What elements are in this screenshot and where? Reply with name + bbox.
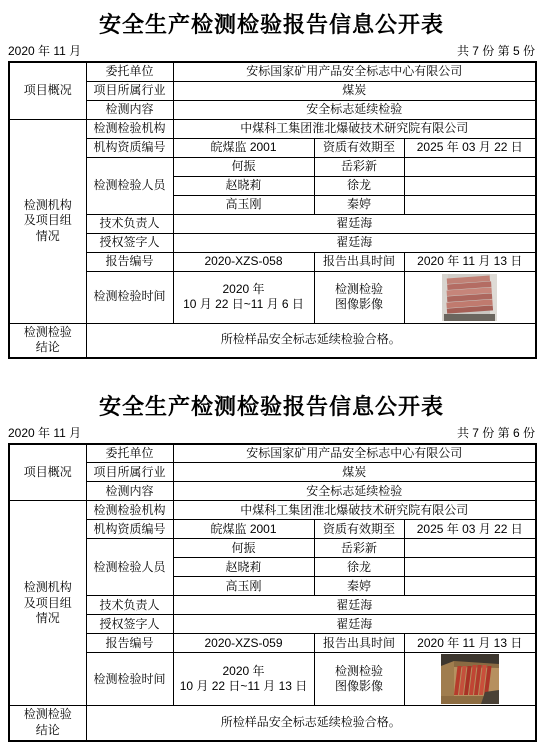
field-value-report-no: 2020-XZS-058 [173,252,314,271]
field-label-personnel: 检测检验人员 [86,539,173,596]
personnel-name: 秦婷 [314,577,404,596]
personnel-name: 高玉刚 [173,195,314,214]
report-month: 2020 年 11 月 [8,42,81,59]
section-label-conclusion: 检测检验 结论 [9,323,86,358]
field-label-industry: 项目所属行业 [86,81,173,100]
field-value-qual-no: 皖煤监 2001 [173,520,314,539]
field-value-content: 安全标志延续检验 [173,482,536,501]
field-label-report-issued: 报告出具时间 [314,634,404,653]
field-value-client: 安标国家矿用产品安全标志中心有限公司 [173,62,536,81]
field-label-signer: 授权签字人 [86,615,173,634]
personnel-name: 何振 [173,539,314,558]
field-label-industry: 项目所属行业 [86,463,173,482]
field-label-client: 委托单位 [86,444,173,463]
field-label-image: 检测检验 图像影像 [314,271,404,323]
field-label-image: 检测检验 图像影像 [314,653,404,706]
report-table-2: 项目概况 委托单位 安标国家矿用产品安全标志中心有限公司 项目所属行业 煤炭 检… [8,443,537,742]
report-table-1: 项目概况 委托单位 安标国家矿用产品安全标志中心有限公司 项目所属行业 煤炭 检… [8,61,537,359]
page-title: 安全生产检测检验报告信息公开表 [8,390,535,421]
field-value-agency: 中煤科工集团淮北爆破技术研究院有限公司 [173,501,536,520]
field-value-agency: 中煤科工集团淮北爆破技术研究院有限公司 [173,119,536,138]
meta-line: 2020 年 11 月 共 7 份 第 5 份 [8,42,535,59]
section-label-agency: 检测机构 及项目组 情况 [9,501,86,706]
sample-photo-cartridges-box [441,654,499,704]
field-label-signer: 授权签字人 [86,233,173,252]
personnel-name: 徐龙 [314,558,404,577]
field-label-qual-valid: 资质有效期至 [314,520,404,539]
field-value-report-no: 2020-XZS-059 [173,634,314,653]
personnel-name: 秦婷 [314,195,404,214]
field-label-content: 检测内容 [86,482,173,501]
copies-info: 共 7 份 第 6 份 [457,424,535,441]
section-label-agency: 检测机构 及项目组 情况 [9,119,86,323]
section-label-project: 项目概况 [9,444,86,501]
field-value-conclusion: 所检样品安全标志延续检验合格。 [86,706,536,741]
report-month: 2020 年 11 月 [8,424,81,441]
copies-info: 共 7 份 第 5 份 [457,42,535,59]
field-label-qual-no: 机构资质编号 [86,520,173,539]
personnel-name: 岳彩新 [314,157,404,176]
personnel-name: 赵晓莉 [173,558,314,577]
sample-photo-cell [404,653,536,706]
field-value-signer: 翟廷海 [173,615,536,634]
field-value-industry: 煤炭 [173,81,536,100]
personnel-name: 岳彩新 [314,539,404,558]
sample-photo-cartridges-stacked [442,274,497,321]
meta-line: 2020 年 11 月 共 7 份 第 6 份 [8,424,535,441]
field-value-qual-valid: 2025 年 03 月 22 日 [404,520,536,539]
field-label-client: 委托单位 [86,62,173,81]
field-label-content: 检测内容 [86,100,173,119]
field-label-agency: 检测检验机构 [86,119,173,138]
field-value-content: 安全标志延续检验 [173,100,536,119]
empty-cell [404,176,536,195]
empty-cell [404,195,536,214]
field-label-test-time: 检测检验时间 [86,271,173,323]
page-title: 安全生产检测检验报告信息公开表 [8,8,535,39]
sample-photo-cell [404,271,536,323]
field-value-report-issued: 2020 年 11 月 13 日 [404,252,536,271]
field-label-qual-no: 机构资质编号 [86,138,173,157]
field-value-report-issued: 2020 年 11 月 13 日 [404,634,536,653]
field-label-personnel: 检测检验人员 [86,157,173,214]
field-value-industry: 煤炭 [173,463,536,482]
personnel-name: 高玉刚 [173,577,314,596]
field-label-tech-lead: 技术负责人 [86,596,173,615]
field-value-client: 安标国家矿用产品安全标志中心有限公司 [173,444,536,463]
empty-cell [404,539,536,558]
field-label-agency: 检测检验机构 [86,501,173,520]
field-value-qual-valid: 2025 年 03 月 22 日 [404,138,536,157]
personnel-name: 何振 [173,157,314,176]
field-value-test-time: 2020 年 10 月 22 日~11 月 13 日 [173,653,314,706]
personnel-name: 赵晓莉 [173,176,314,195]
section-label-project: 项目概况 [9,62,86,119]
field-value-tech-lead: 翟廷海 [173,214,536,233]
field-value-tech-lead: 翟廷海 [173,596,536,615]
field-label-report-no: 报告编号 [86,634,173,653]
section-label-conclusion: 检测检验 结论 [9,706,86,741]
empty-cell [404,157,536,176]
field-label-report-no: 报告编号 [86,252,173,271]
field-label-tech-lead: 技术负责人 [86,214,173,233]
field-label-report-issued: 报告出具时间 [314,252,404,271]
field-label-qual-valid: 资质有效期至 [314,138,404,157]
personnel-name: 徐龙 [314,176,404,195]
field-label-test-time: 检测检验时间 [86,653,173,706]
document-page: 安全生产检测检验报告信息公开表 2020 年 11 月 共 7 份 第 5 份 … [0,8,545,742]
field-value-conclusion: 所检样品安全标志延续检验合格。 [86,323,536,358]
field-value-qual-no: 皖煤监 2001 [173,138,314,157]
empty-cell [404,558,536,577]
field-value-signer: 翟廷海 [173,233,536,252]
empty-cell [404,577,536,596]
field-value-test-time: 2020 年 10 月 22 日~11 月 6 日 [173,271,314,323]
